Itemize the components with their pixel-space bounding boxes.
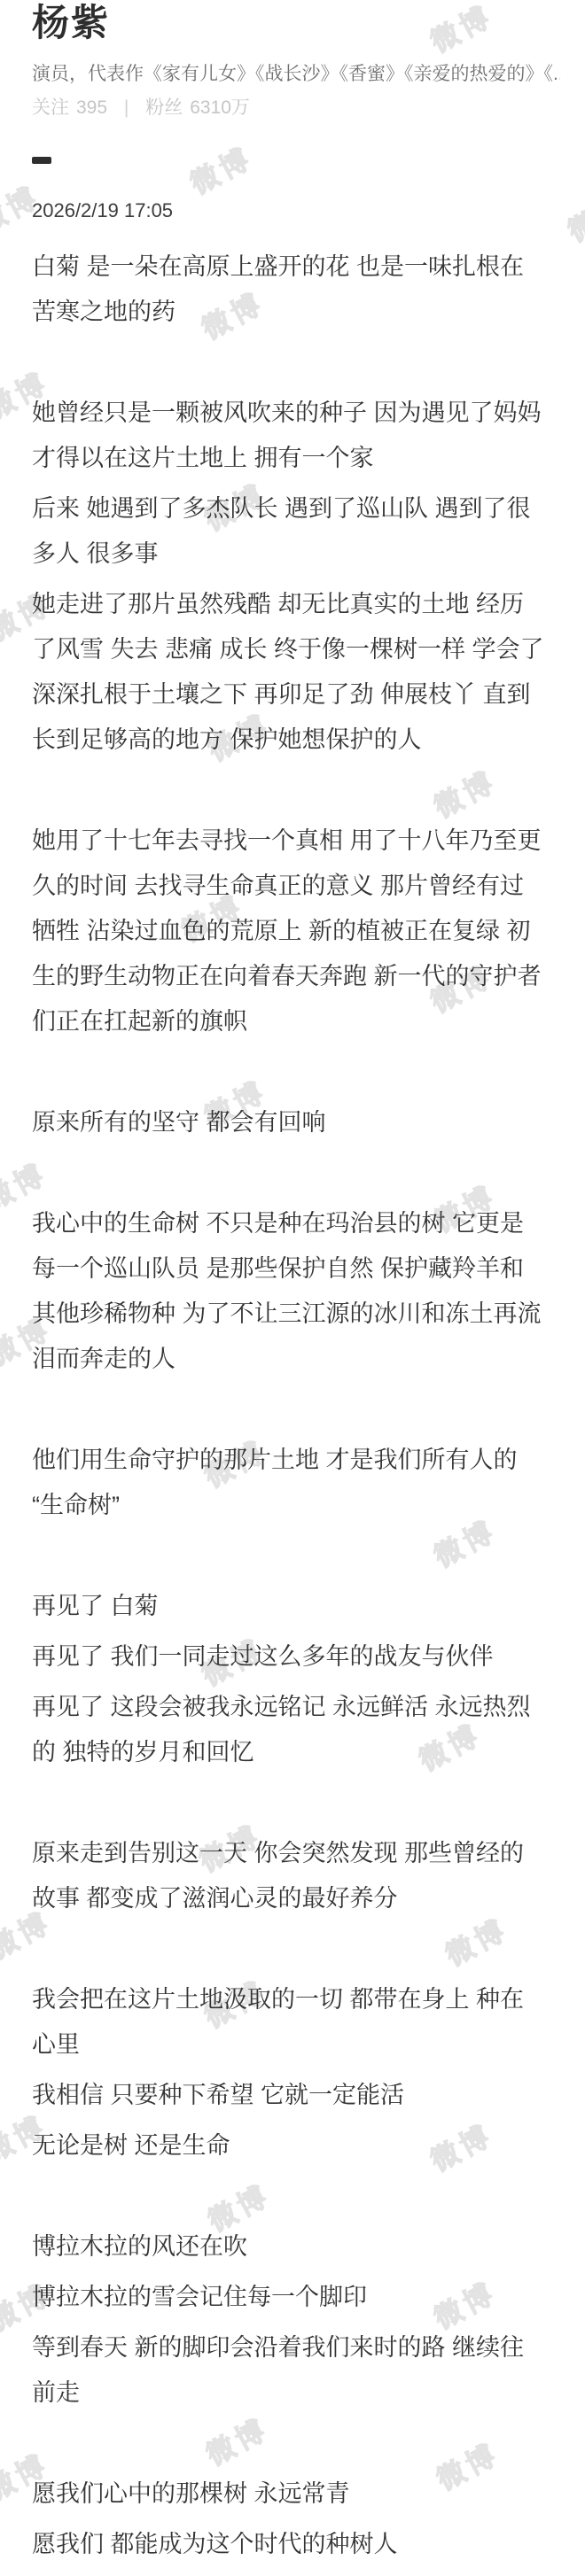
text-line: 我会把在这片土地汲取的一切 都带在身上 种在 <box>32 1977 560 2022</box>
post-paragraph: 她曾经只是一颗被风吹来的种子 因为遇见了妈妈才得以在这片土地上 拥有一个家 <box>32 391 560 481</box>
text-line: 其他珍稀物种 为了不让三江源的冰川和冻土再流 <box>32 1292 560 1337</box>
text-line: 长到足够高的地方 保护她想保护的人 <box>32 718 560 763</box>
text-line: 原来走到告别这一天 你会突然发现 那些曾经的 <box>32 1831 560 1876</box>
post-paragraph: 无论是树 还是生命 <box>32 2123 560 2169</box>
blank-line <box>32 2421 560 2466</box>
blank-line <box>32 1533 560 1579</box>
post-paragraph: 我心中的生命树 不只是种在玛治县的树 它更是每一个巡山队员 是那些保护自然 保护… <box>32 1201 560 1382</box>
text-line: 原来所有的坚守 都会有回响 <box>32 1100 560 1145</box>
blank-line <box>32 768 560 813</box>
text-line: 他们用生命守护的那片土地 才是我们所有人的 <box>32 1438 560 1483</box>
text-line: 了风雪 失去 悲痛 成长 终于像一棵树一样 学会了 <box>32 627 560 672</box>
text-line: 心里 <box>32 2022 560 2068</box>
blank-line <box>32 2174 560 2219</box>
text-line: 后来 她遇到了多杰队长 遇到了巡山队 遇到了很 <box>32 486 560 531</box>
following-stat[interactable]: 关注395 <box>32 97 113 118</box>
stats-separator: | <box>124 97 129 118</box>
text-line: “生命树” <box>32 1483 560 1528</box>
followers-count: 6310万 <box>190 97 250 118</box>
blank-line <box>32 1781 560 1826</box>
text-line: 愿我们心中的那棵树 永远常青 <box>32 2471 560 2517</box>
blank-line <box>32 1387 560 1432</box>
divider-dash <box>32 157 51 164</box>
text-line: 愿我们 都能成为这个时代的种树人 <box>32 2522 560 2567</box>
post-paragraph: 我会把在这片土地汲取的一切 都带在身上 种在心里 <box>32 1977 560 2068</box>
post-paragraph: 原来所有的坚守 都会有回响 <box>32 1100 560 1145</box>
post-timestamp: 2026/2/19 17:05 <box>32 198 560 224</box>
post-paragraph: 博拉木拉的风还在吹 <box>32 2224 560 2270</box>
text-line: 她曾经只是一颗被风吹来的种子 因为遇见了妈妈 <box>32 391 560 436</box>
blank-line <box>32 340 560 385</box>
post-paragraph: 我相信 只要种下希望 它就一定能活 <box>32 2073 560 2118</box>
text-line: 们正在扛起新的旗帜 <box>32 999 560 1044</box>
post-paragraph: 愿我们 都能成为这个时代的种树人 <box>32 2522 560 2567</box>
post-paragraph: 再见了 白菊 <box>32 1584 560 1629</box>
post-paragraph: 等到春天 新的脚印会沿着我们来时的路 继续往前走 <box>32 2325 560 2416</box>
text-line: 每一个巡山队员 是那些保护自然 保护藏羚羊和 <box>32 1246 560 1292</box>
text-line: 生的野生动物正在向着春天奔跑 新一代的守护者 <box>32 954 560 999</box>
profile-stats: 关注395 | 粉丝6310万 <box>32 95 560 121</box>
text-line: 她用了十七年去寻找一个真相 用了十八年乃至更 <box>32 819 560 864</box>
blank-line <box>32 1050 560 1095</box>
post-paragraph: 他们用生命守护的那片土地 才是我们所有人的“生命树” <box>32 1438 560 1528</box>
text-line: 的 独特的岁月和回忆 <box>32 1730 560 1775</box>
text-line: 白菊 是一朵在高原上盛开的花 也是一味扎根在 <box>32 244 560 290</box>
text-line: 博拉木拉的风还在吹 <box>32 2224 560 2270</box>
followers-stat[interactable]: 粉丝6310万 <box>145 97 250 118</box>
post-paragraph: 她用了十七年去寻找一个真相 用了十八年乃至更久的时间 去找寻生命真正的意义 那片… <box>32 819 560 1044</box>
text-line: 苦寒之地的药 <box>32 290 560 335</box>
text-line: 深深扎根于土壤之下 再卯足了劲 伸展枝丫 直到 <box>32 672 560 718</box>
post-content-area: 杨紫 演员，代表作《家有儿女》《战长沙》《香蜜》《亲爱的热爱的》《... 关注3… <box>0 0 585 2567</box>
text-line: 牺牲 沾染过血色的荒原上 新的植被正在复绿 初 <box>32 909 560 954</box>
text-line: 等到春天 新的脚印会沿着我们来时的路 继续往 <box>32 2325 560 2370</box>
text-line: 博拉木拉的雪会记住每一个脚印 <box>32 2275 560 2320</box>
post-paragraph: 再见了 这段会被我永远铭记 永远鲜活 永远热烈的 独特的岁月和回忆 <box>32 1685 560 1775</box>
text-line: 我心中的生命树 不只是种在玛治县的树 它更是 <box>32 1201 560 1246</box>
text-line: 泪而奔走的人 <box>32 1337 560 1382</box>
text-line: 再见了 白菊 <box>32 1584 560 1629</box>
text-line: 才得以在这片土地上 拥有一个家 <box>32 436 560 481</box>
text-line: 无论是树 还是生命 <box>32 2123 560 2169</box>
text-line: 再见了 这段会被我永远铭记 永远鲜活 永远热烈 <box>32 1685 560 1730</box>
profile-name[interactable]: 杨紫 <box>32 2 560 44</box>
post-paragraph: 原来走到告别这一天 你会突然发现 那些曾经的故事 都变成了滋润心灵的最好养分 <box>32 1831 560 1921</box>
post-paragraph: 博拉木拉的雪会记住每一个脚印 <box>32 2275 560 2320</box>
text-line: 故事 都变成了滋润心灵的最好养分 <box>32 1876 560 1921</box>
text-line: 她走进了那片虽然残酷 却无比真实的土地 经历 <box>32 582 560 627</box>
text-line: 我相信 只要种下希望 它就一定能活 <box>32 2073 560 2118</box>
post-paragraph: 再见了 我们一同走过这么多年的战友与伙伴 <box>32 1634 560 1680</box>
weibo-post-page: 微博微博微博微博微博微博微博微博微博微博微博微博微博微博微博微博微博微博微博微博… <box>0 0 585 2576</box>
following-count: 395 <box>76 97 107 118</box>
profile-description: 演员，代表作《家有儿女》《战长沙》《香蜜》《亲爱的热爱的》《... <box>32 61 560 88</box>
text-line: 多人 很多事 <box>32 531 560 577</box>
following-label: 关注 <box>32 97 69 118</box>
post-paragraph: 后来 她遇到了多杰队长 遇到了巡山队 遇到了很多人 很多事 <box>32 486 560 577</box>
post-paragraph: 白菊 是一朵在高原上盛开的花 也是一味扎根在苦寒之地的药 <box>32 244 560 335</box>
post-paragraph: 愿我们心中的那棵树 永远常青 <box>32 2471 560 2517</box>
blank-line <box>32 1151 560 1196</box>
text-line: 久的时间 去找寻生命真正的意义 那片曾经有过 <box>32 864 560 909</box>
blank-line <box>32 1927 560 1972</box>
text-line: 再见了 我们一同走过这么多年的战友与伙伴 <box>32 1634 560 1680</box>
text-line: 前走 <box>32 2370 560 2416</box>
followers-label: 粉丝 <box>145 97 183 118</box>
post-text: 白菊 是一朵在高原上盛开的花 也是一味扎根在苦寒之地的药她曾经只是一颗被风吹来的… <box>32 244 560 2567</box>
post-paragraph: 她走进了那片虽然残酷 却无比真实的土地 经历了风雪 失去 悲痛 成长 终于像一棵… <box>32 582 560 763</box>
